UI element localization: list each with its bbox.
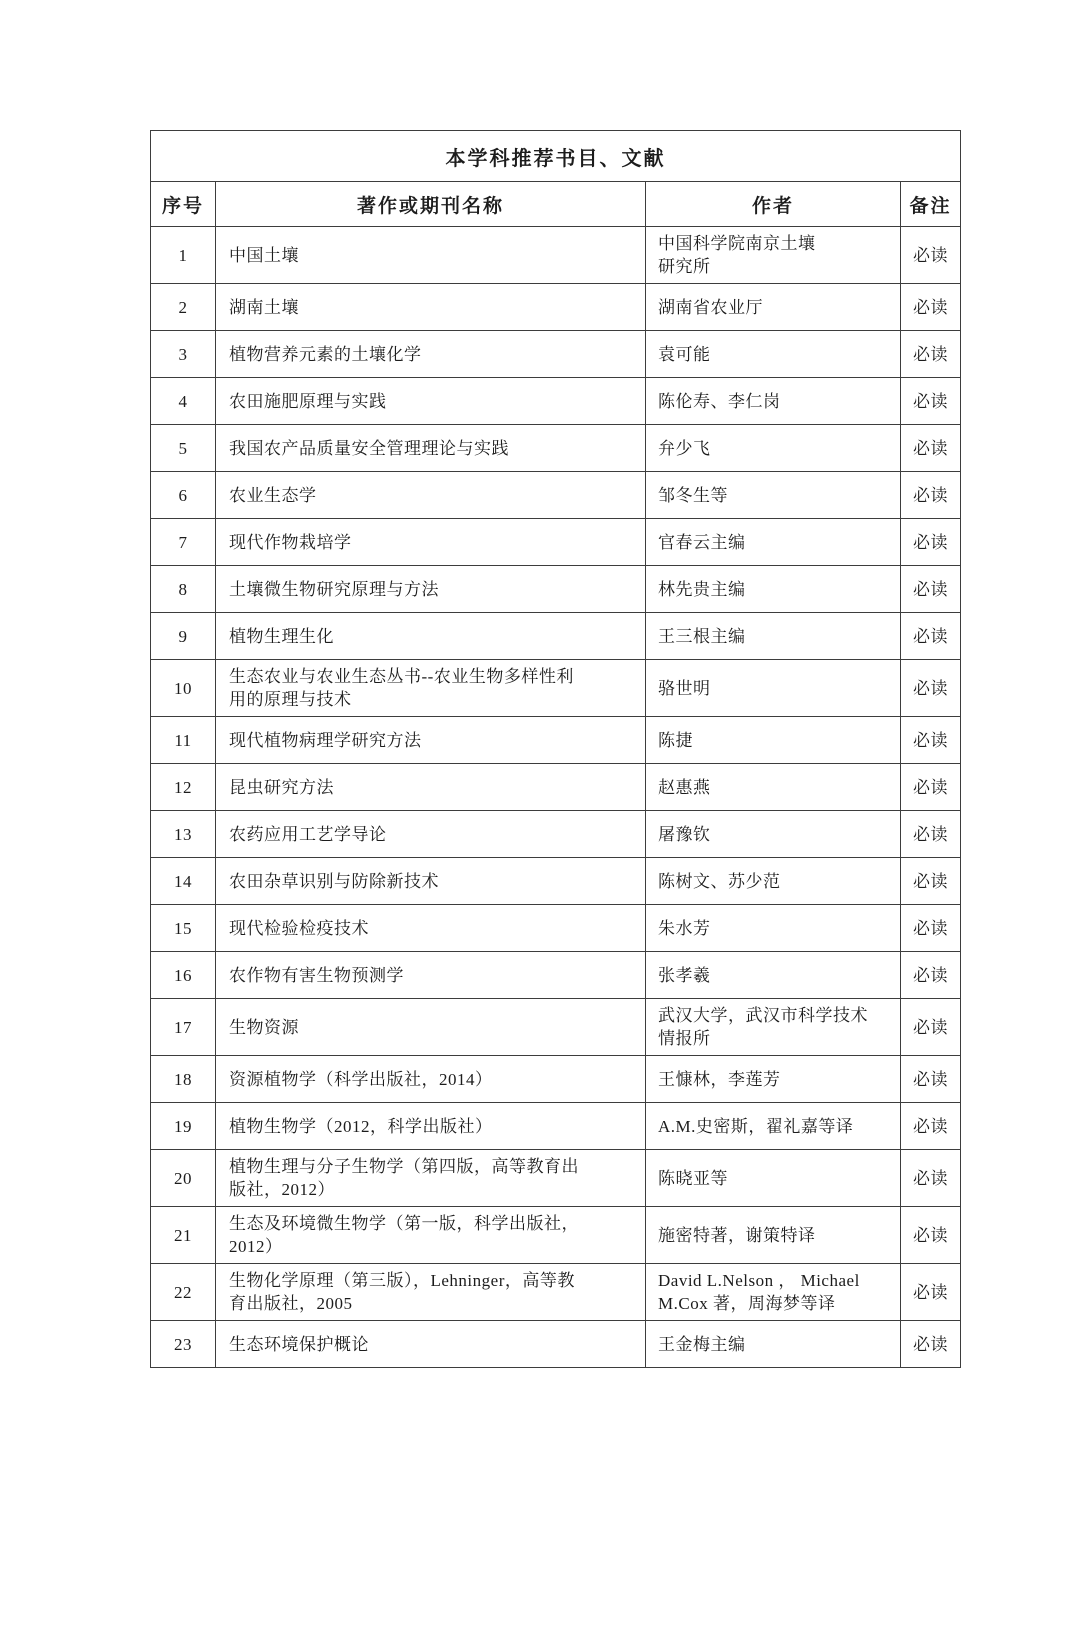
row-note: 必读 <box>901 519 961 566</box>
table-title-row: 本学科推荐书目、文献 <box>151 131 961 182</box>
table-row: 15现代检验检疫技术朱水芳必读 <box>151 905 961 952</box>
row-author: 林先贵主编 <box>646 566 901 613</box>
row-book-title: 现代检验检疫技术 <box>216 905 646 952</box>
table-row: 12昆虫研究方法赵惠燕必读 <box>151 764 961 811</box>
row-book-title: 我国农产品质量安全管理理论与实践 <box>216 425 646 472</box>
row-book-title: 生态农业与农业生态丛书--农业生物多样性利 用的原理与技术 <box>216 660 646 717</box>
row-author: 张孝羲 <box>646 952 901 999</box>
table-row: 18资源植物学（科学出版社，2014）王慷林，李莲芳必读 <box>151 1056 961 1103</box>
row-book-title: 农田杂草识别与防除新技术 <box>216 858 646 905</box>
table-row: 19植物生物学（2012，科学出版社）A.M.史密斯，翟礼嘉等译必读 <box>151 1103 961 1150</box>
table-row: 16农作物有害生物预测学张孝羲必读 <box>151 952 961 999</box>
table-row: 6农业生态学邹冬生等必读 <box>151 472 961 519</box>
row-note: 必读 <box>901 717 961 764</box>
row-note: 必读 <box>901 378 961 425</box>
table-row: 8土壤微生物研究原理与方法林先贵主编必读 <box>151 566 961 613</box>
row-number: 19 <box>151 1103 216 1150</box>
row-book-title: 植物生理与分子生物学（第四版，高等教育出 版社，2012） <box>216 1150 646 1207</box>
bibliography-table: 本学科推荐书目、文献 序号 著作或期刊名称 作者 备注 1中国土壤中国科学院南京… <box>150 130 961 1368</box>
row-note: 必读 <box>901 1207 961 1264</box>
row-number: 17 <box>151 999 216 1056</box>
book-table-body: 本学科推荐书目、文献 序号 著作或期刊名称 作者 备注 1中国土壤中国科学院南京… <box>151 131 961 1368</box>
row-author: 弁少飞 <box>646 425 901 472</box>
table-row: 17生物资源武汉大学，武汉市科学技术 情报所必读 <box>151 999 961 1056</box>
row-book-title: 资源植物学（科学出版社，2014） <box>216 1056 646 1103</box>
row-number: 9 <box>151 613 216 660</box>
column-header-author: 作者 <box>646 182 901 227</box>
row-book-title: 生态环境保护概论 <box>216 1321 646 1368</box>
row-author: 陈伦寿、李仁岗 <box>646 378 901 425</box>
row-author: A.M.史密斯，翟礼嘉等译 <box>646 1103 901 1150</box>
row-note: 必读 <box>901 472 961 519</box>
row-author: 袁可能 <box>646 331 901 378</box>
row-number: 15 <box>151 905 216 952</box>
row-note: 必读 <box>901 1103 961 1150</box>
row-book-title: 昆虫研究方法 <box>216 764 646 811</box>
row-author: 湖南省农业厅 <box>646 284 901 331</box>
table-row: 9植物生理生化王三根主编必读 <box>151 613 961 660</box>
column-header-note: 备注 <box>901 182 961 227</box>
row-author: 陈树文、苏少范 <box>646 858 901 905</box>
row-number: 11 <box>151 717 216 764</box>
row-number: 13 <box>151 811 216 858</box>
row-number: 23 <box>151 1321 216 1368</box>
row-book-title: 生物资源 <box>216 999 646 1056</box>
row-book-title: 生物化学原理（第三版），Lehninger，高等教 育出版社，2005 <box>216 1264 646 1321</box>
row-note: 必读 <box>901 331 961 378</box>
column-header-no: 序号 <box>151 182 216 227</box>
row-number: 18 <box>151 1056 216 1103</box>
row-number: 10 <box>151 660 216 717</box>
row-note: 必读 <box>901 1321 961 1368</box>
row-author: 官春云主编 <box>646 519 901 566</box>
table-row: 5我国农产品质量安全管理理论与实践弁少飞必读 <box>151 425 961 472</box>
row-note: 必读 <box>901 613 961 660</box>
table-title: 本学科推荐书目、文献 <box>151 131 961 182</box>
row-author: 邹冬生等 <box>646 472 901 519</box>
row-author: 朱水芳 <box>646 905 901 952</box>
row-author: 中国科学院南京土壤 研究所 <box>646 227 901 284</box>
row-author: David L.Nelson ， Michael M.Cox 著，周海梦等译 <box>646 1264 901 1321</box>
row-number: 16 <box>151 952 216 999</box>
row-note: 必读 <box>901 1150 961 1207</box>
row-number: 20 <box>151 1150 216 1207</box>
row-note: 必读 <box>901 1264 961 1321</box>
row-note: 必读 <box>901 566 961 613</box>
row-author: 骆世明 <box>646 660 901 717</box>
row-book-title: 湖南土壤 <box>216 284 646 331</box>
row-author: 施密特著，谢策特译 <box>646 1207 901 1264</box>
row-book-title: 植物生物学（2012，科学出版社） <box>216 1103 646 1150</box>
row-author: 武汉大学，武汉市科学技术 情报所 <box>646 999 901 1056</box>
row-note: 必读 <box>901 764 961 811</box>
row-book-title: 农作物有害生物预测学 <box>216 952 646 999</box>
row-author: 王三根主编 <box>646 613 901 660</box>
table-row: 2湖南土壤湖南省农业厅必读 <box>151 284 961 331</box>
table-row: 10生态农业与农业生态丛书--农业生物多样性利 用的原理与技术骆世明必读 <box>151 660 961 717</box>
row-number: 22 <box>151 1264 216 1321</box>
table-row: 11现代植物病理学研究方法陈捷必读 <box>151 717 961 764</box>
row-note: 必读 <box>901 1056 961 1103</box>
row-book-title: 农药应用工艺学导论 <box>216 811 646 858</box>
table-row: 22生物化学原理（第三版），Lehninger，高等教 育出版社，2005Dav… <box>151 1264 961 1321</box>
row-author: 王金梅主编 <box>646 1321 901 1368</box>
table-row: 4农田施肥原理与实践陈伦寿、李仁岗必读 <box>151 378 961 425</box>
table-row: 14农田杂草识别与防除新技术陈树文、苏少范必读 <box>151 858 961 905</box>
row-book-title: 农田施肥原理与实践 <box>216 378 646 425</box>
row-author: 王慷林，李莲芳 <box>646 1056 901 1103</box>
row-note: 必读 <box>901 227 961 284</box>
row-author: 陈晓亚等 <box>646 1150 901 1207</box>
row-book-title: 现代作物栽培学 <box>216 519 646 566</box>
row-book-title: 中国土壤 <box>216 227 646 284</box>
row-note: 必读 <box>901 999 961 1056</box>
table-row: 1中国土壤中国科学院南京土壤 研究所必读 <box>151 227 961 284</box>
row-number: 6 <box>151 472 216 519</box>
row-book-title: 生态及环境微生物学（第一版，科学出版社， 2012） <box>216 1207 646 1264</box>
row-book-title: 植物营养元素的土壤化学 <box>216 331 646 378</box>
row-note: 必读 <box>901 952 961 999</box>
table-row: 7现代作物栽培学官春云主编必读 <box>151 519 961 566</box>
row-book-title: 农业生态学 <box>216 472 646 519</box>
row-note: 必读 <box>901 284 961 331</box>
table-row: 13农药应用工艺学导论屠豫钦必读 <box>151 811 961 858</box>
row-number: 14 <box>151 858 216 905</box>
row-number: 5 <box>151 425 216 472</box>
row-author: 陈捷 <box>646 717 901 764</box>
row-number: 7 <box>151 519 216 566</box>
column-header-title: 著作或期刊名称 <box>216 182 646 227</box>
row-number: 1 <box>151 227 216 284</box>
row-number: 3 <box>151 331 216 378</box>
row-author: 屠豫钦 <box>646 811 901 858</box>
row-book-title: 现代植物病理学研究方法 <box>216 717 646 764</box>
row-note: 必读 <box>901 905 961 952</box>
row-number: 8 <box>151 566 216 613</box>
row-book-title: 土壤微生物研究原理与方法 <box>216 566 646 613</box>
table-header-row: 序号 著作或期刊名称 作者 备注 <box>151 182 961 227</box>
row-note: 必读 <box>901 425 961 472</box>
table-row: 21生态及环境微生物学（第一版，科学出版社， 2012）施密特著，谢策特译必读 <box>151 1207 961 1264</box>
table-row: 23生态环境保护概论王金梅主编必读 <box>151 1321 961 1368</box>
table-row: 3植物营养元素的土壤化学袁可能必读 <box>151 331 961 378</box>
row-author: 赵惠燕 <box>646 764 901 811</box>
row-note: 必读 <box>901 858 961 905</box>
row-note: 必读 <box>901 660 961 717</box>
row-number: 2 <box>151 284 216 331</box>
row-number: 4 <box>151 378 216 425</box>
row-number: 12 <box>151 764 216 811</box>
table-row: 20植物生理与分子生物学（第四版，高等教育出 版社，2012）陈晓亚等必读 <box>151 1150 961 1207</box>
row-book-title: 植物生理生化 <box>216 613 646 660</box>
row-note: 必读 <box>901 811 961 858</box>
row-number: 21 <box>151 1207 216 1264</box>
